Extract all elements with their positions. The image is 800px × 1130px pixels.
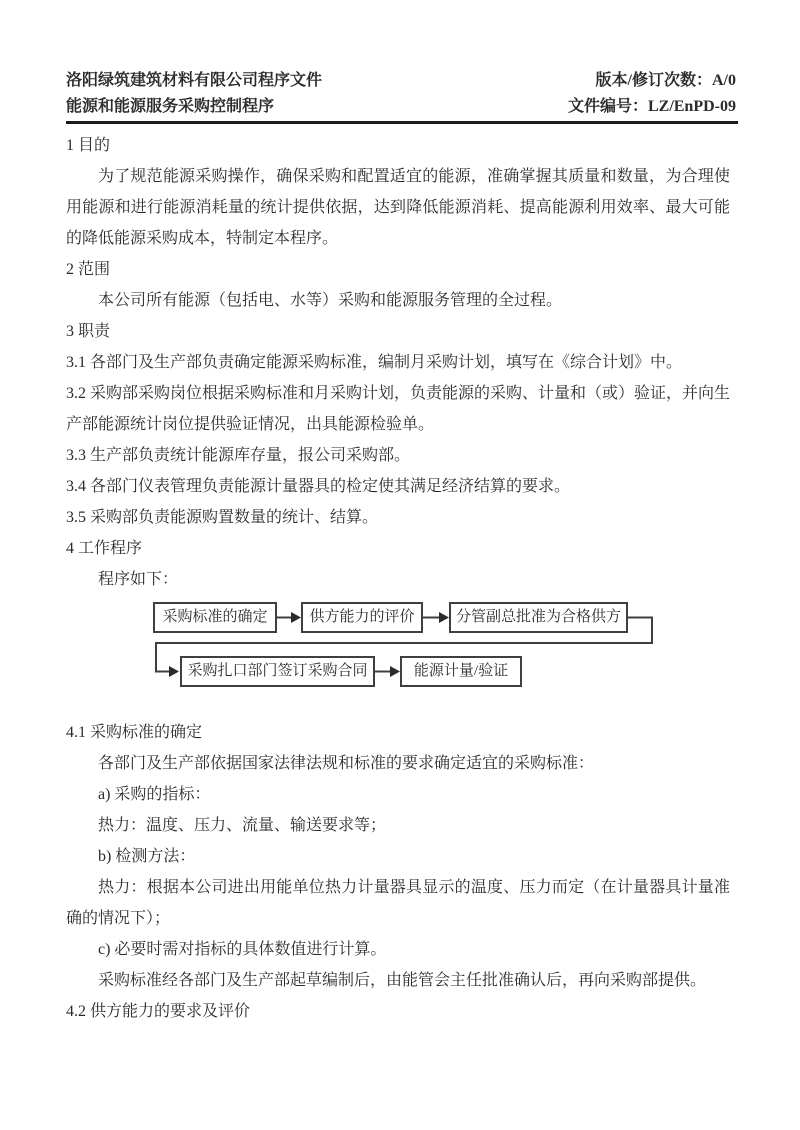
document-body: 1 目的 为了规范能源采购操作，确保采购和配置适宜的能源，准确掌握其质量和数量，… (66, 130, 730, 1027)
clause-3-5: 3.5 采购部负责能源购置数量的统计、结算。 (66, 502, 730, 533)
document-page: 洛阳绿筑建筑材料有限公司程序文件 能源和能源服务采购控制程序 版本/修订次数：A… (0, 0, 800, 1130)
clause-3-4: 3.4 各部门仪表管理负责能源计量器具的检定使其满足经济结算的要求。 (66, 471, 730, 502)
section-4-1-text: 各部门及生产部依据国家法律法规和标准的要求确定适宜的采购标准： (66, 748, 730, 779)
header-right-block: 版本/修订次数：A/0 文件编号：LZ/EnPD-09 (568, 68, 736, 120)
procedure-flowchart: 采购标准的确定 供方能力的评价 分管副总批准为合格供方 采购扎口部门签订采购合同… (66, 595, 730, 717)
flow-arrowhead-wrap (169, 666, 179, 677)
flow-arrowhead-3 (390, 666, 400, 677)
flow-step-vp-approval: 分管副总批准为合格供方 (449, 602, 628, 633)
clause-3-2: 3.2 采购部采购岗位根据采购标准和月采购计划，负责能源的采购、计量和（或）验证… (66, 378, 730, 440)
clause-3-3: 3.3 生产部负责统计能源库存量，报公司采购部。 (66, 440, 730, 471)
section-1-purpose-text: 为了规范能源采购操作，确保采购和配置适宜的能源，准确掌握其质量和数量，为合理使用… (66, 161, 730, 254)
section-3-heading: 3 职责 (66, 316, 730, 347)
section-4-heading: 4 工作程序 (66, 533, 730, 564)
document-title: 能源和能源服务采购控制程序 (66, 94, 322, 120)
flow-step-supplier-evaluation: 供方能力的评价 (301, 602, 423, 633)
company-program-title: 洛阳绿筑建筑材料有限公司程序文件 (66, 68, 322, 94)
flow-arrowhead-1 (291, 612, 301, 623)
document-number-label: 文件编号：LZ/EnPD-09 (568, 94, 736, 120)
version-revision-label: 版本/修订次数：A/0 (568, 68, 736, 94)
flow-arrowhead-2 (439, 612, 449, 623)
header-left-block: 洛阳绿筑建筑材料有限公司程序文件 能源和能源服务采购控制程序 (66, 68, 322, 120)
item-c-label: c) 必要时需对指标的具体数值进行计算。 (66, 934, 730, 965)
clause-3-1: 3.1 各部门及生产部负责确定能源采购标准，编制月采购计划，填写在《综合计划》中… (66, 347, 730, 378)
item-b-label: b) 检测方法： (66, 841, 730, 872)
section-4-1-heading: 4.1 采购标准的确定 (66, 717, 730, 748)
item-a-label: a) 采购的指标： (66, 779, 730, 810)
section-1-heading: 1 目的 (66, 130, 730, 161)
section-2-scope-text: 本公司所有能源（包括电、水等）采购和能源服务管理的全过程。 (66, 285, 730, 316)
header-divider (66, 121, 738, 124)
procedure-intro: 程序如下： (66, 564, 730, 595)
section-4-2-heading: 4.2 供方能力的要求及评价 (66, 996, 730, 1027)
flow-step-purchase-standard: 采购标准的确定 (153, 602, 277, 633)
item-b-detail: 热力：根据本公司进出用能单位热力计量器具显示的温度、压力而定（在计量器具计量准确… (66, 872, 730, 934)
flow-step-sign-contract: 采购扎口部门签订采购合同 (180, 656, 375, 687)
section-4-1-closing: 采购标准经各部门及生产部起草编制后，由能管会主任批准确认后，再向采购部提供。 (66, 965, 730, 996)
item-a-detail: 热力：温度、压力、流量、输送要求等； (66, 810, 730, 841)
flow-step-energy-metering: 能源计量/验证 (400, 656, 522, 687)
document-header: 洛阳绿筑建筑材料有限公司程序文件 能源和能源服务采购控制程序 版本/修订次数：A… (66, 68, 736, 120)
section-2-heading: 2 范围 (66, 254, 730, 285)
